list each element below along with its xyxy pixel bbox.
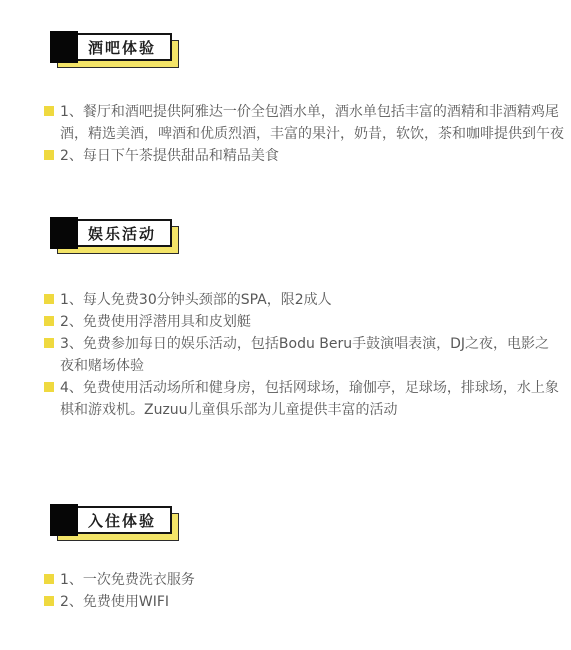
list-item: 2、每日下午茶提供甜品和精品美食 (60, 145, 551, 167)
badge-black-square (50, 31, 78, 63)
list-item-line: 3、免费参加每日的娱乐活动，包括Bodu Beru手鼓演唱表演，DJ之夜，电影之 (60, 333, 551, 355)
list-item-text: 棋和游戏机。Zuzuu儿童俱乐部为儿童提供丰富的活动 (60, 402, 398, 418)
bar-experience-list: 1、餐厅和酒吧提供阿雅达一价全包酒水单，酒水单包括丰富的酒精和非酒精鸡尾 酒，精… (0, 101, 551, 167)
list-item-line: 4、免费使用活动场所和健身房，包括网球场，瑜伽亭，足球场，排球场，水上象 (60, 377, 551, 399)
bullet-square-icon (44, 294, 54, 304)
section-badge-stay-experience: 入住体验 (50, 506, 172, 534)
badge-box: 入住体验 (50, 506, 172, 534)
list-item-text: 4、免费使用活动场所和健身房，包括网球场，瑜伽亭，足球场，排球场，水上象 (60, 380, 559, 396)
bullet-square-icon (44, 382, 54, 392)
badge-black-square (50, 217, 78, 249)
section-badge-entertainment: 娱乐活动 (50, 219, 172, 247)
page: 酒吧体验 1、餐厅和酒吧提供阿雅达一价全包酒水单，酒水单包括丰富的酒精和非酒精鸡… (0, 0, 571, 650)
bullet-square-icon (44, 338, 54, 348)
list-item-line: 2、免费使用浮潜用具和皮划艇 (60, 311, 551, 333)
list-item-line: 酒，精选美酒，啤酒和优质烈酒，丰富的果汁，奶昔，软饮，茶和咖啡提供到午夜 (60, 123, 551, 145)
list-item-line: 1、餐厅和酒吧提供阿雅达一价全包酒水单，酒水单包括丰富的酒精和非酒精鸡尾 (60, 101, 551, 123)
list-item: 2、免费使用浮潜用具和皮划艇 (60, 311, 551, 333)
section-badge-title: 娱乐活动 (88, 223, 156, 244)
list-item-text: 2、每日下午茶提供甜品和精品美食 (60, 148, 279, 164)
bullet-square-icon (44, 316, 54, 326)
list-item-line: 2、每日下午茶提供甜品和精品美食 (60, 145, 551, 167)
section-badge-bar-experience: 酒吧体验 (50, 33, 172, 61)
bullet-square-icon (44, 574, 54, 584)
bullet-square-icon (44, 106, 54, 116)
list-item-text: 3、免费参加每日的娱乐活动，包括Bodu Beru手鼓演唱表演，DJ之夜，电影之 (60, 336, 549, 352)
list-item-line: 棋和游戏机。Zuzuu儿童俱乐部为儿童提供丰富的活动 (60, 399, 551, 421)
stay-experience-list: 1、一次免费洗衣服务 2、免费使用WIFI (0, 569, 551, 613)
list-item: 3、免费参加每日的娱乐活动，包括Bodu Beru手鼓演唱表演，DJ之夜，电影之… (60, 333, 551, 377)
list-item-text: 1、一次免费洗衣服务 (60, 572, 195, 588)
list-item: 2、免费使用WIFI (60, 591, 551, 613)
bullet-square-icon (44, 150, 54, 160)
list-item-text: 夜和赌场体验 (60, 358, 144, 374)
badge-black-square (50, 504, 78, 536)
list-item-line: 2、免费使用WIFI (60, 591, 551, 613)
list-item-line: 1、一次免费洗衣服务 (60, 569, 551, 591)
list-item-text: 1、餐厅和酒吧提供阿雅达一价全包酒水单，酒水单包括丰富的酒精和非酒精鸡尾 (60, 104, 559, 120)
bullet-square-icon (44, 596, 54, 606)
list-item-text: 2、免费使用WIFI (60, 594, 169, 610)
list-item-text: 1、每人免费30分钟头颈部的SPA，限2成人 (60, 292, 332, 308)
list-item-text: 酒，精选美酒，啤酒和优质烈酒，丰富的果汁，奶昔，软饮，茶和咖啡提供到午夜 (60, 126, 564, 142)
list-item: 1、餐厅和酒吧提供阿雅达一价全包酒水单，酒水单包括丰富的酒精和非酒精鸡尾 酒，精… (60, 101, 551, 145)
list-item: 1、每人免费30分钟头颈部的SPA，限2成人 (60, 289, 551, 311)
list-item: 4、免费使用活动场所和健身房，包括网球场，瑜伽亭，足球场，排球场，水上象 棋和游… (60, 377, 551, 421)
section-badge-title: 酒吧体验 (88, 37, 156, 58)
list-item: 1、一次免费洗衣服务 (60, 569, 551, 591)
section-badge-title: 入住体验 (88, 510, 156, 531)
entertainment-list: 1、每人免费30分钟头颈部的SPA，限2成人 2、免费使用浮潜用具和皮划艇 3、… (0, 289, 551, 421)
list-item-line: 1、每人免费30分钟头颈部的SPA，限2成人 (60, 289, 551, 311)
badge-box: 娱乐活动 (50, 219, 172, 247)
list-item-text: 2、免费使用浮潜用具和皮划艇 (60, 314, 251, 330)
badge-box: 酒吧体验 (50, 33, 172, 61)
list-item-line: 夜和赌场体验 (60, 355, 551, 377)
